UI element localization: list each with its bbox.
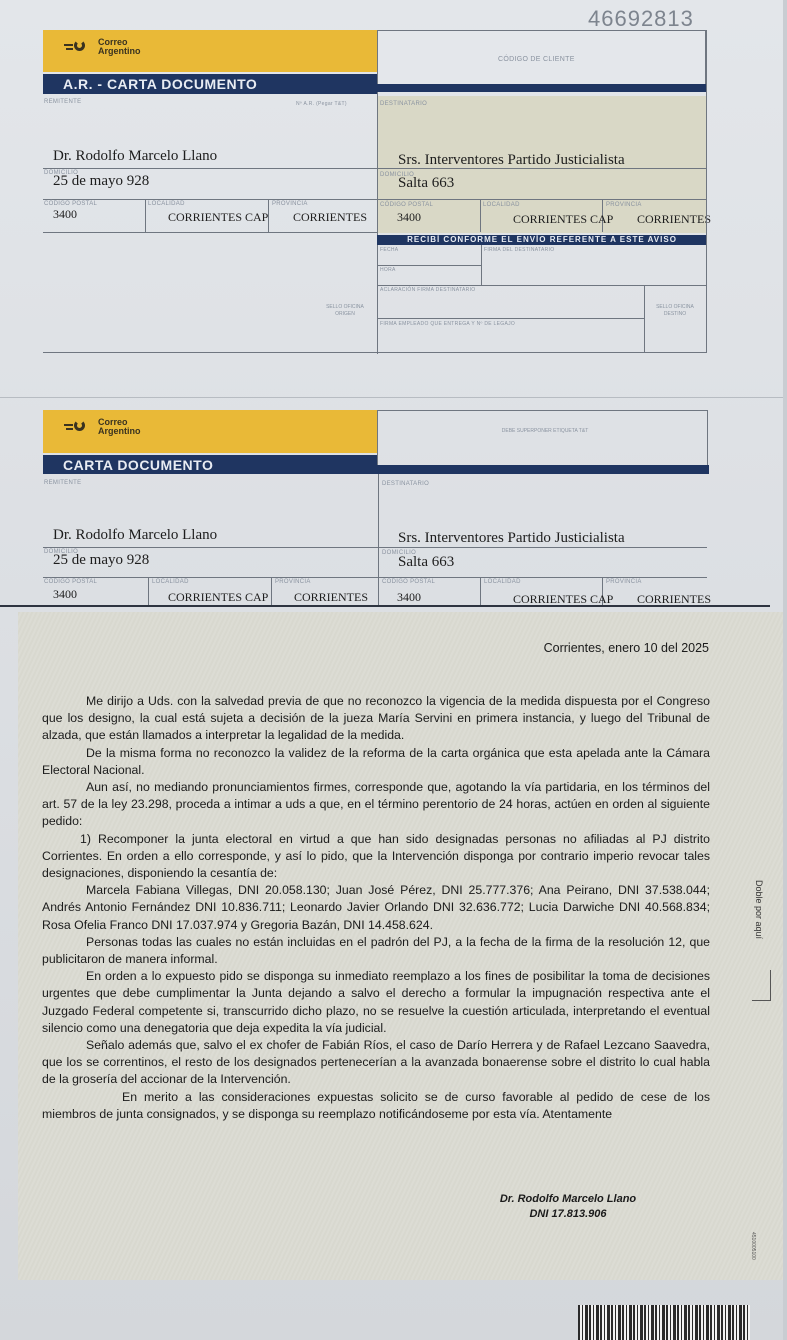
correo-argentino-logo-icon: [64, 419, 94, 435]
ar-recipient-postal-code: 3400: [397, 210, 421, 225]
cd-sender-address: 25 de mayo 928: [53, 552, 149, 569]
cd-sender-postal-code: 3400: [53, 587, 77, 602]
correo-argentino-logo-icon: [64, 39, 94, 55]
barcode-icon: [578, 1305, 750, 1340]
stamp-destination: SELLO OFICINA DESTINO: [655, 304, 695, 318]
paragraph: Señalo además que, salvo el ex chofer de…: [42, 1037, 710, 1089]
ar-sender-label: REMITENTE: [44, 99, 81, 105]
ar-recipient-label: DESTINATARIO: [380, 101, 427, 107]
receipt-banner: RECIBÍ CONFORME EL ENVÍO REFERENTE A EST…: [377, 235, 707, 245]
letter-text: Me dirijo a Uds. con la salvedad previa …: [42, 693, 710, 1123]
letter-date: Corrientes, enero 10 del 2025: [544, 641, 709, 655]
cd-recipient-address: Salta 663: [398, 554, 454, 571]
cd-sender-label: REMITENTE: [44, 480, 81, 486]
cd-recipient-name: Srs. Interventores Partido Justicialista: [398, 530, 625, 547]
cd-right-band: [377, 465, 709, 474]
cd-sender-name: Dr. Rodolfo Marcelo Llano: [53, 527, 217, 544]
tt-label-text: DEBE SUPERPONER ETIQUETA T&T: [500, 428, 590, 435]
paragraph: De la misma forma no reconozco la valide…: [42, 745, 710, 779]
ar-right-band: [377, 84, 707, 92]
paragraph: Aun así, no mediando pronunciamientos fi…: [42, 779, 710, 831]
paragraph: Me dirijo a Uds. con la salvedad previa …: [42, 693, 710, 745]
ar-number-label: Nº A.R. (Pegar T&T): [296, 101, 347, 107]
cd-sender-province: CORRIENTES: [294, 590, 368, 605]
fold-line: [770, 970, 771, 1000]
paragraph: 1) Recomponer la junta electoral en virt…: [42, 831, 710, 883]
ar-title-band: A.R. - CARTA DOCUMENTO: [43, 74, 377, 94]
document-page: 46692813 CorreoArgentino CÓDIGO DE CLIEN…: [0, 0, 783, 1340]
ar-recipient-province: CORRIENTES: [637, 212, 711, 227]
ar-sender-locality: CORRIENTES CAP: [168, 210, 268, 225]
ar-sender-address: 25 de mayo 928: [53, 173, 149, 190]
ar-sender-postal-code: 3400: [53, 207, 77, 222]
cd-logo: CorreoArgentino: [64, 418, 141, 436]
cd-sender-locality: CORRIENTES CAP: [168, 590, 268, 605]
tt-label-slot: [377, 410, 708, 465]
cd-title-band: CARTA DOCUMENTO: [43, 455, 377, 474]
document-number: 46692813: [588, 6, 694, 32]
ar-sender-province: CORRIENTES: [293, 210, 367, 225]
ar-sender-name: Dr. Rodolfo Marcelo Llano: [53, 148, 217, 165]
ar-recipient-name: Srs. Interventores Partido Justicialista: [398, 152, 625, 169]
paragraph: Marcela Fabiana Villegas, DNI 20.058.130…: [42, 882, 710, 934]
signature-dni: DNI 17.813.906: [468, 1207, 668, 1222]
client-code-label: CÓDIGO DE CLIENTE: [498, 56, 575, 63]
ar-recipient-address: Salta 663: [398, 175, 454, 192]
side-code: 4510005100: [750, 1232, 756, 1260]
ar-logo: CorreoArgentino: [64, 38, 141, 56]
stamp-origin: SELLO OFICINA ORIGEN: [325, 304, 365, 318]
cd-recipient-postal-code: 3400: [397, 590, 421, 605]
paragraph: En merito a las consideraciones expuesta…: [42, 1089, 710, 1123]
fold-mark: Doble por aquí: [754, 880, 764, 939]
paragraph: Personas todas las cuales no están inclu…: [42, 934, 710, 968]
cd-recipient-label: DESTINATARIO: [382, 481, 429, 487]
signature-block: Dr. Rodolfo Marcelo Llano DNI 17.813.906: [468, 1192, 668, 1222]
ar-recipient-locality: CORRIENTES CAP: [513, 212, 613, 227]
signature-name: Dr. Rodolfo Marcelo Llano: [468, 1192, 668, 1207]
paragraph: En orden a lo expuesto pido se disponga …: [42, 968, 710, 1037]
